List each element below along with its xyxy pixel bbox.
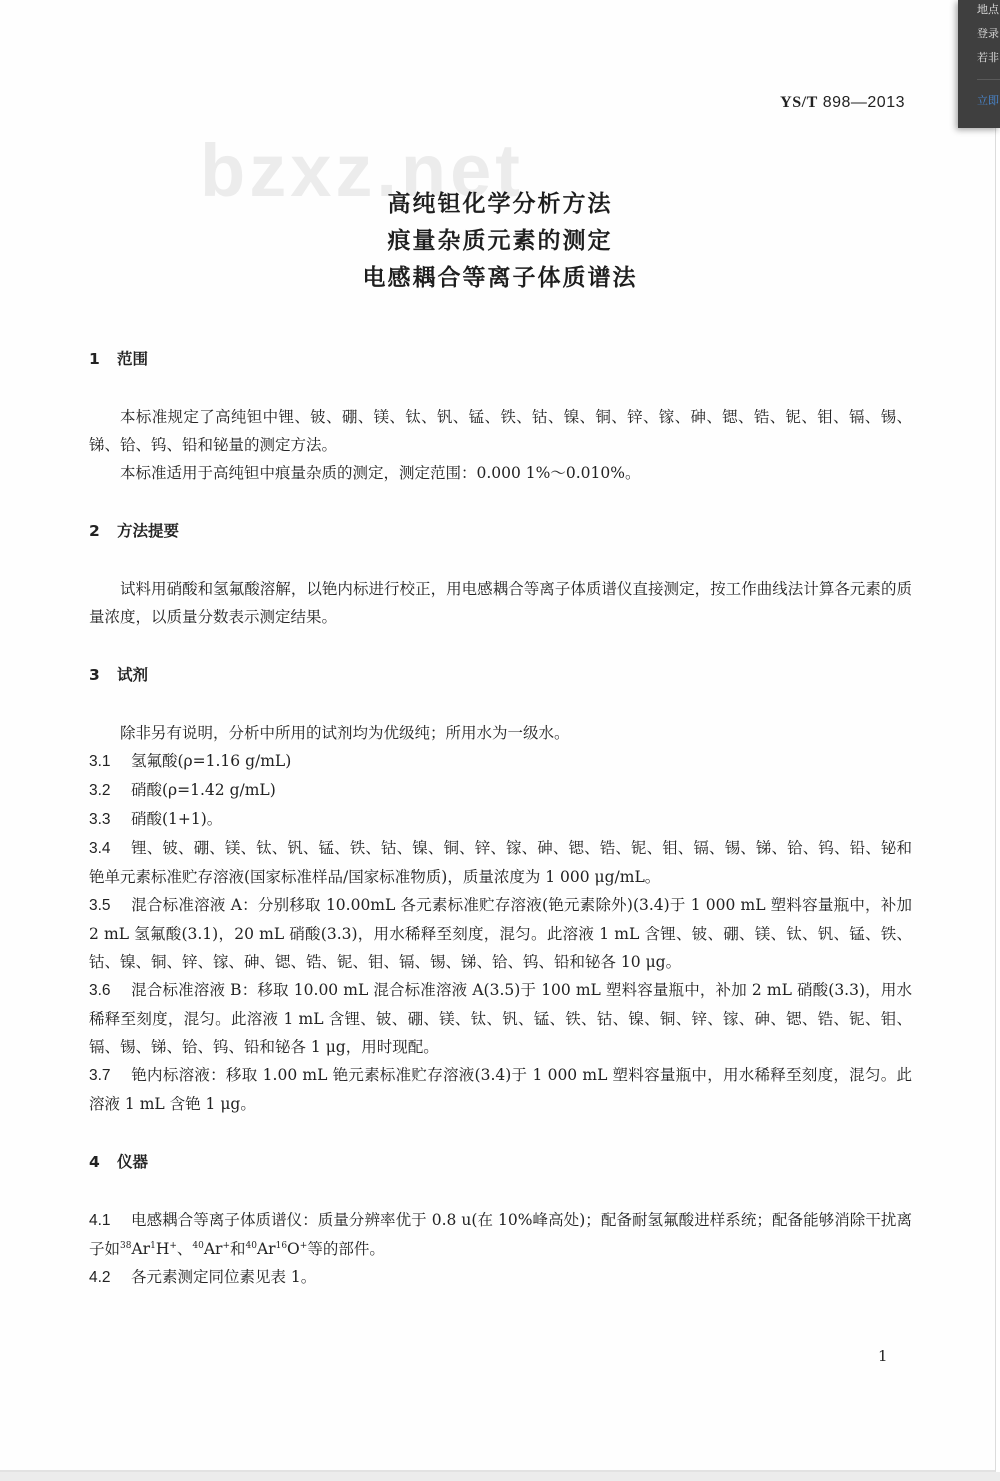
conjunction: 和 (230, 1240, 246, 1258)
popup-line-notice: 若非 (977, 49, 999, 65)
clause-3-6: 3.6混合标准溶液 B：移取 10.00 mL 混合标准溶液 A(3.5)于 1… (89, 976, 912, 1061)
section-heading-method-summary: 2 方法提要 (89, 517, 912, 545)
separator: 、 (177, 1240, 193, 1258)
clause-number: 3.1 (89, 748, 131, 776)
paragraph: 除非另有说明，分析中所用的试剂均为优级纯；所用水为一级水。 (89, 719, 912, 747)
clause-text: 硝酸(1+1)。 (131, 810, 222, 828)
clause-text: 混合标准溶液 A：分别移取 10.00mL 各元素标准贮存溶液(铯元素除外)(3… (89, 896, 912, 971)
document-body: 1 范围 本标准规定了高纯钽中锂、铍、硼、镁、钛、钒、锰、铁、钴、镍、铜、锌、镓… (89, 345, 912, 1292)
paragraph: 本标准规定了高纯钽中锂、铍、硼、镁、钛、钒、锰、铁、钴、镍、铜、锌、镓、砷、锶、… (89, 403, 912, 459)
section-title: 试剂 (117, 661, 148, 689)
isotope-mass: 40 (192, 1241, 203, 1251)
popup-divider (977, 79, 1000, 80)
clause-text: 混合标准溶液 B：移取 10.00 mL 混合标准溶液 A(3.5)于 100 … (89, 981, 912, 1056)
popup-line-login: 登录 (977, 25, 999, 41)
clause-number: 3.5 (89, 892, 131, 920)
standard-prefix: YS/T (780, 94, 818, 111)
clause-3-5: 3.5混合标准溶液 A：分别移取 10.00mL 各元素标准贮存溶液(铯元素除外… (89, 891, 912, 976)
paragraph: 试料用硝酸和氢氟酸溶解，以铯内标进行校正，用电感耦合等离子体质谱仪直接测定，按工… (89, 575, 912, 631)
clause-text: 各元素测定同位素见表 1。 (131, 1268, 316, 1286)
title-line-3: 电感耦合等离子体质谱法 (0, 260, 1000, 297)
section-number: 3 (89, 661, 117, 689)
clause-text: 锂、铍、硼、镁、钛、钒、锰、铁、钴、镍、铜、锌、镓、砷、锶、锆、铌、钼、镉、锡、… (89, 839, 912, 886)
isotope-symbol: O (287, 1240, 300, 1258)
section-heading-apparatus: 4 仪器 (89, 1148, 912, 1176)
clause-text: 氢氟酸(ρ=1.16 g/mL) (131, 752, 291, 770)
clause-3-2: 3.2硝酸(ρ=1.42 g/mL) (89, 776, 912, 805)
title-line-1: 高纯钽化学分析方法 (0, 186, 1000, 223)
isotope-mass: 16 (276, 1241, 287, 1251)
charge: + (222, 1241, 230, 1251)
isotope-symbol: Ar (131, 1240, 150, 1258)
clause-number: 4.1 (89, 1207, 131, 1235)
charge: + (169, 1241, 177, 1251)
clause-4-1: 4.1电感耦合等离子体质谱仪：质量分辨率优于 0.8 u(在 10%峰高处)；配… (89, 1206, 912, 1263)
login-popup[interactable]: 地点 登录 若非 立即 (958, 0, 1000, 128)
clause-3-3: 3.3硝酸(1+1)。 (89, 805, 912, 834)
clause-4-2: 4.2各元素测定同位素见表 1。 (89, 1263, 912, 1292)
clause-text: 铯内标溶液：移取 1.00 mL 铯元素标准贮存溶液(3.4)于 1 000 m… (89, 1066, 912, 1113)
section-number: 1 (89, 345, 117, 373)
clause-number: 3.3 (89, 806, 131, 834)
clause-number: 3.6 (89, 977, 131, 1005)
clause-number: 3.4 (89, 835, 131, 863)
standard-number: YS/T 898—2013 (780, 94, 905, 112)
section-number: 2 (89, 517, 117, 545)
isotope-symbol: Ar (257, 1240, 276, 1258)
clause-text: 等的部件。 (307, 1240, 385, 1258)
isotope-mass: 38 (120, 1241, 131, 1251)
page-number: 1 (878, 1347, 888, 1365)
section-heading-scope: 1 范围 (89, 345, 912, 373)
clause-3-4: 3.4锂、铍、硼、镁、钛、钒、锰、铁、钴、镍、铜、锌、镓、砷、锶、锆、铌、钼、镉… (89, 834, 912, 891)
clause-3-1: 3.1氢氟酸(ρ=1.16 g/mL) (89, 747, 912, 776)
popup-line-location: 地点 (977, 1, 999, 17)
isotope-symbol: H (156, 1240, 170, 1258)
clause-number: 3.7 (89, 1062, 131, 1090)
popup-action-link[interactable]: 立即 (977, 92, 999, 108)
paragraph: 本标准适用于高纯钽中痕量杂质的测定，测定范围：0.000 1%～0.010%。 (89, 459, 912, 487)
section-title: 方法提要 (117, 517, 179, 545)
title-line-2: 痕量杂质元素的测定 (0, 223, 1000, 260)
standard-code: 898—2013 (823, 94, 905, 111)
page-bottom-edge (0, 1472, 1000, 1481)
clause-number: 4.2 (89, 1264, 131, 1292)
clause-3-7: 3.7铯内标溶液：移取 1.00 mL 铯元素标准贮存溶液(3.4)于 1 00… (89, 1061, 912, 1118)
clause-text: 硝酸(ρ=1.42 g/mL) (131, 781, 276, 799)
document-page: YS/T 898—2013 bzxz.net 高纯钽化学分析方法 痕量杂质元素的… (0, 0, 996, 1472)
section-number: 4 (89, 1148, 117, 1176)
isotope-symbol: Ar (204, 1240, 223, 1258)
section-heading-reagents: 3 试剂 (89, 661, 912, 689)
document-title: 高纯钽化学分析方法 痕量杂质元素的测定 电感耦合等离子体质谱法 (0, 186, 1000, 297)
clause-number: 3.2 (89, 777, 131, 805)
isotope-mass: 40 (246, 1241, 257, 1251)
section-title: 范围 (117, 345, 148, 373)
section-title: 仪器 (117, 1148, 148, 1176)
